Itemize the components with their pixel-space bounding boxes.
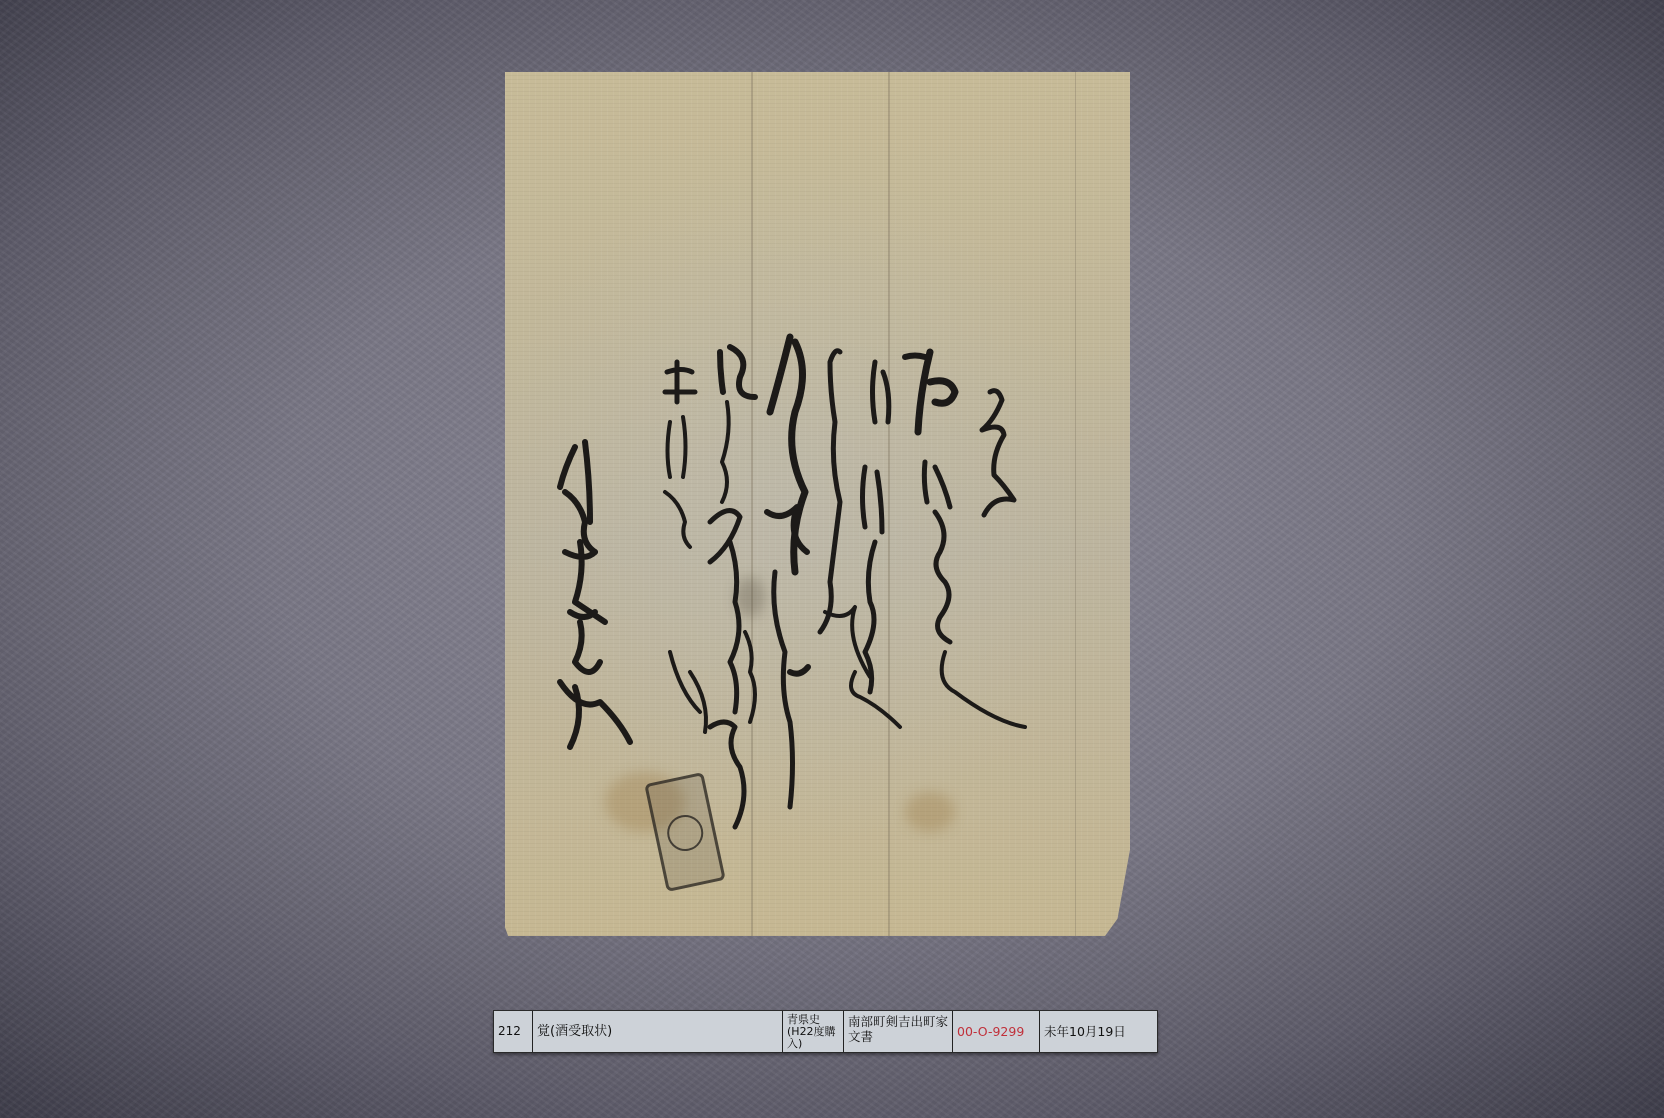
catalog-label: 212 覚(酒受取状) 青県史(H22度購入) 南部町剣吉出町家文書 00-O-… [493,1010,1158,1053]
label-date: 未年10月19日 [1040,1011,1157,1052]
label-title: 覚(酒受取状) [533,1011,783,1052]
label-source: 青県史(H22度購入) [783,1011,844,1052]
label-number: 212 [494,1011,533,1052]
label-id: 00-O-9299 [953,1011,1040,1052]
document-paper [505,72,1130,936]
label-collection: 南部町剣吉出町家文書 [844,1011,953,1052]
calligraphy-text [505,72,1130,936]
